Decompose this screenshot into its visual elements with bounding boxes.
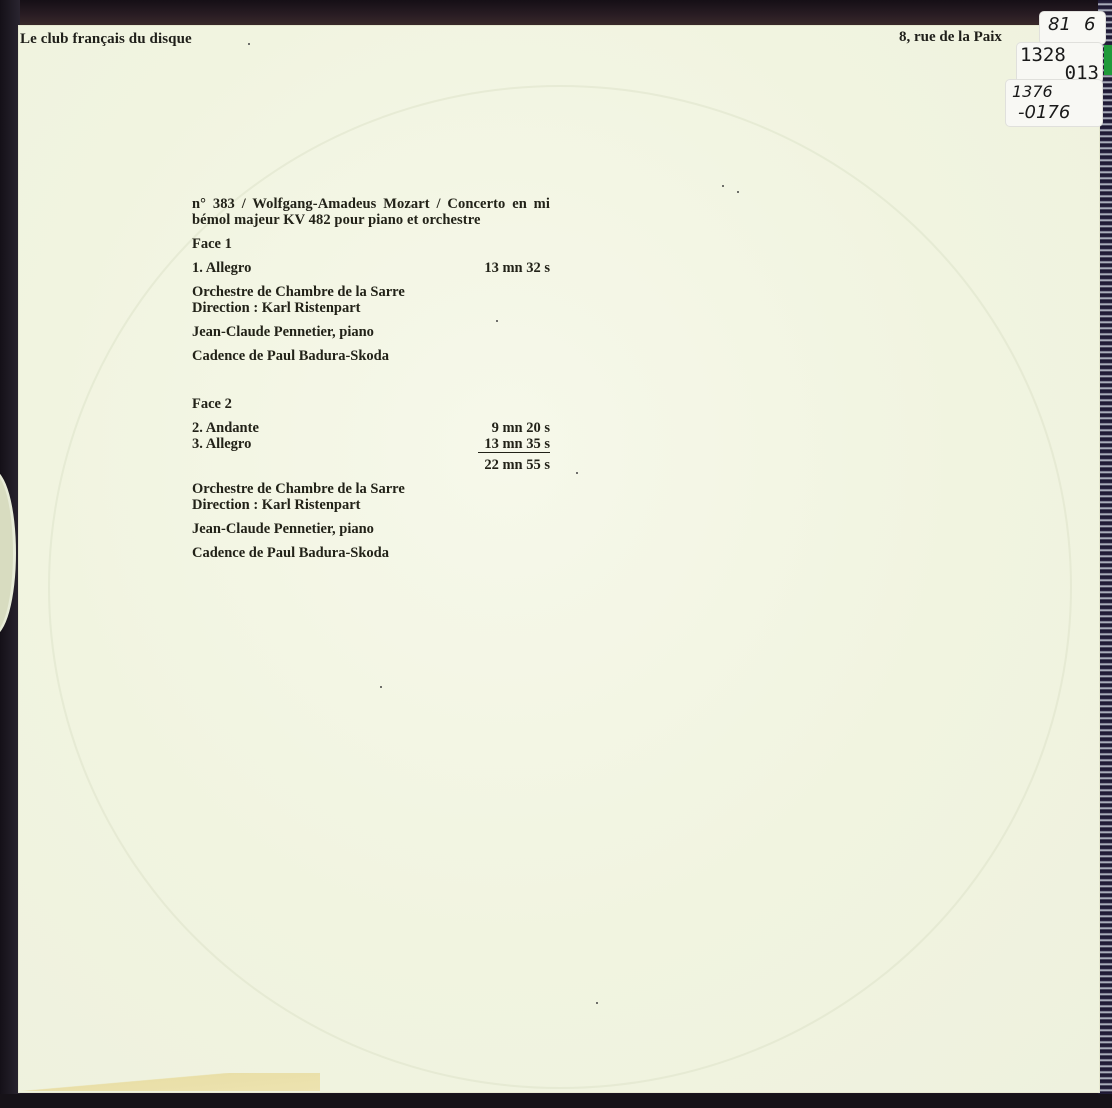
track-duration: 9 mn 20 s: [492, 420, 550, 436]
track-title: 1. Allegro: [192, 260, 251, 276]
track-duration: 13 mn 35 s: [478, 436, 550, 453]
green-tab-marker: [1104, 45, 1112, 75]
inventory-sticker-1: 81 6: [1040, 12, 1105, 44]
background-bottom-edge: [0, 1094, 1112, 1108]
cadenza-credit: Cadence de Paul Badura-Skoda: [192, 545, 550, 561]
label-name: Le club français du disque: [20, 31, 192, 48]
credits: Orchestre de Chambre de la Sarre Directi…: [192, 284, 550, 364]
soloist-credit: Jean-Claude Pennetier, piano: [192, 324, 550, 340]
inventory-sticker-3: 1376 -0176: [1006, 80, 1102, 126]
sticker-text: 6: [1084, 14, 1095, 35]
track-title: 2. Andante: [192, 420, 259, 436]
track-row: 1. Allegro 13 mn 32 s: [192, 260, 550, 276]
paper-stain: [20, 1073, 320, 1091]
track-listing: n° 383 / Wolfgang-Amadeus Mozart / Conce…: [192, 196, 550, 561]
paper-speck: [722, 185, 724, 187]
paper-speck: [380, 686, 382, 688]
total-duration-row: 22 mn 55 s: [192, 457, 550, 473]
orchestra-credit: Orchestre de Chambre de la Sarre: [192, 481, 550, 497]
background-top-edge: [0, 0, 1112, 26]
sticker-text: 81: [1048, 14, 1071, 35]
paper-speck: [737, 191, 739, 193]
conductor-credit: Direction : Karl Ristenpart: [192, 497, 550, 513]
track-title: 3. Allegro: [192, 436, 251, 453]
side-label: Face 2: [192, 396, 550, 412]
conductor-credit: Direction : Karl Ristenpart: [192, 300, 550, 316]
side-label: Face 1: [192, 236, 550, 252]
paper-speck: [596, 1002, 598, 1004]
orchestra-credit: Orchestre de Chambre de la Sarre: [192, 284, 550, 300]
paper-speck: [248, 43, 250, 45]
soloist-credit: Jean-Claude Pennetier, piano: [192, 521, 550, 537]
cadenza-credit: Cadence de Paul Badura-Skoda: [192, 348, 550, 364]
background-right-edge: [1098, 0, 1112, 1108]
credits: Orchestre de Chambre de la Sarre Directi…: [192, 481, 550, 561]
sticker-text: 1376: [1012, 82, 1053, 101]
release-title: n° 383 / Wolfgang-Amadeus Mozart / Conce…: [192, 196, 550, 228]
side-2: Face 2 2. Andante 9 mn 20 s 3. Allegro 1…: [192, 396, 550, 561]
track-row: 2. Andante 9 mn 20 s: [192, 420, 550, 436]
paper-speck: [496, 320, 498, 322]
total-duration: 22 mn 55 s: [484, 457, 550, 473]
track-duration: 13 mn 32 s: [484, 260, 550, 276]
label-address: 8, rue de la Paix: [899, 29, 1002, 46]
inventory-sticker-2: 1328 013: [1017, 43, 1102, 83]
track-row: 3. Allegro 13 mn 35 s: [192, 436, 550, 453]
side-1: Face 1 1. Allegro 13 mn 32 s Orchestre d…: [192, 236, 550, 364]
paper-speck: [576, 472, 578, 474]
sticker-text: -0176: [1018, 102, 1070, 123]
sticker-text: 1328: [1020, 44, 1066, 66]
record-sleeve-back: [18, 25, 1100, 1093]
